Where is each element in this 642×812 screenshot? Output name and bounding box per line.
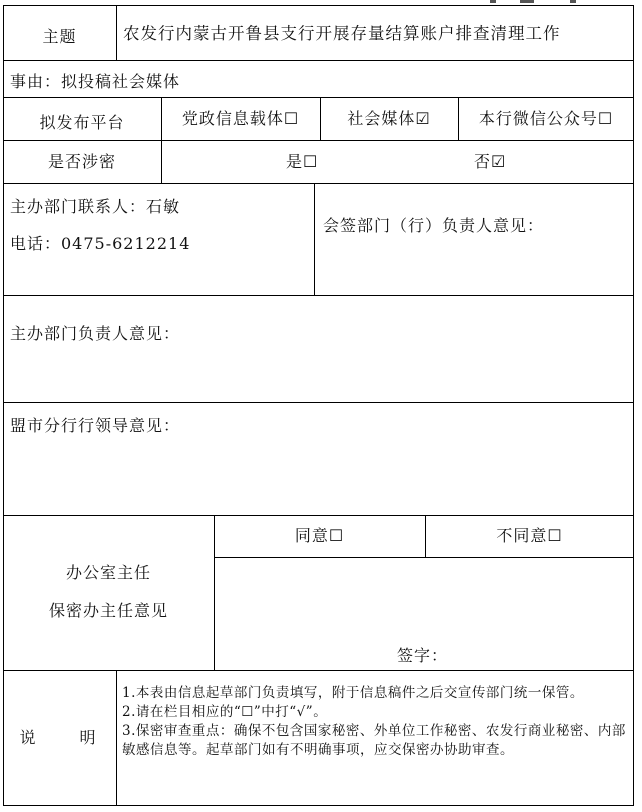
league-leader-opinion-label: 盟市分行行领导意见： [10, 416, 180, 436]
row-divider [214, 557, 634, 558]
signature-label: 签字： [397, 646, 448, 666]
row-divider [3, 515, 634, 516]
col-divider [116, 5, 117, 60]
row-divider [3, 97, 634, 98]
row-divider [3, 140, 634, 141]
office-label-line1: 办公室主任 [3, 563, 214, 583]
row-divider [3, 670, 634, 671]
checkbox-unchecked-icon[interactable]: ☐ [303, 152, 318, 171]
checkbox-checked-icon[interactable]: ☑ [415, 109, 430, 128]
platform-label: 拟发布平台 [3, 113, 161, 133]
col-divider [116, 670, 117, 806]
secret-option-no[interactable]: 否☑ [474, 152, 506, 172]
row-divider [3, 402, 634, 403]
countersign-input[interactable] [323, 245, 628, 290]
col-divider [314, 183, 315, 295]
subject-label: 主题 [3, 27, 116, 47]
disagree-option[interactable]: 不同意☐ [425, 526, 634, 546]
secret-label: 是否涉密 [3, 152, 161, 172]
platform-option-social-media[interactable]: 社会媒体☑ [320, 109, 458, 129]
row-divider [3, 60, 634, 61]
cropped-text-fragment [520, 0, 534, 3]
option-label: 是 [286, 152, 303, 171]
host-head-opinion-label: 主办部门负责人意见： [10, 324, 180, 344]
cropped-text-fragment [490, 0, 496, 3]
office-opinion-input[interactable] [220, 562, 628, 642]
contact-person: 主办部门联系人：石敏 [10, 197, 180, 217]
secret-option-yes[interactable]: 是☐ [286, 152, 318, 172]
note-item: 1.本表由信息起草部门负责填写，附于信息稿件之后交宣传部门统一保管。 [122, 684, 630, 703]
note-item: 3.保密审查重点：确保不包含国家秘密、外单位工作秘密、农发行商业秘密、内部敏感信… [122, 722, 630, 760]
notes-list: 1.本表由信息起草部门负责填写，附于信息稿件之后交宣传部门统一保管。 2.请在栏… [122, 684, 630, 760]
host-head-opinion-input[interactable] [10, 350, 628, 395]
contact-phone: 电话：0475-6212214 [10, 234, 190, 254]
option-label: 本行微信公众号 [479, 109, 598, 128]
row-divider [3, 183, 634, 184]
option-label: 否 [474, 152, 491, 171]
note-item: 2.请在栏目相应的“☐”中打“√”。 [122, 703, 630, 722]
platform-option-wechat[interactable]: 本行微信公众号☐ [458, 109, 634, 129]
option-label: 党政信息载体 [182, 109, 284, 128]
countersign-label: 会签部门（行）负责人意见： [323, 216, 544, 236]
league-leader-opinion-input[interactable] [10, 445, 628, 510]
row-divider [3, 295, 634, 296]
platform-option-party-media[interactable]: 党政信息载体☐ [161, 109, 320, 129]
agree-option[interactable]: 同意☐ [214, 526, 425, 546]
checkbox-unchecked-icon[interactable]: ☐ [598, 109, 613, 128]
checkbox-unchecked-icon[interactable]: ☐ [284, 109, 299, 128]
cropped-text-fragment [570, 0, 576, 3]
checkbox-checked-icon[interactable]: ☑ [491, 152, 506, 171]
reason-text[interactable]: 事由：拟投稿社会媒体 [10, 72, 180, 92]
option-label: 社会媒体 [347, 109, 415, 128]
office-label-line2: 保密办主任意见 [3, 601, 214, 621]
notes-label: 说 明 [3, 728, 116, 748]
subject-value[interactable]: 农发行内蒙古开鲁县支行开展存量结算账户排查清理工作 [123, 24, 561, 44]
